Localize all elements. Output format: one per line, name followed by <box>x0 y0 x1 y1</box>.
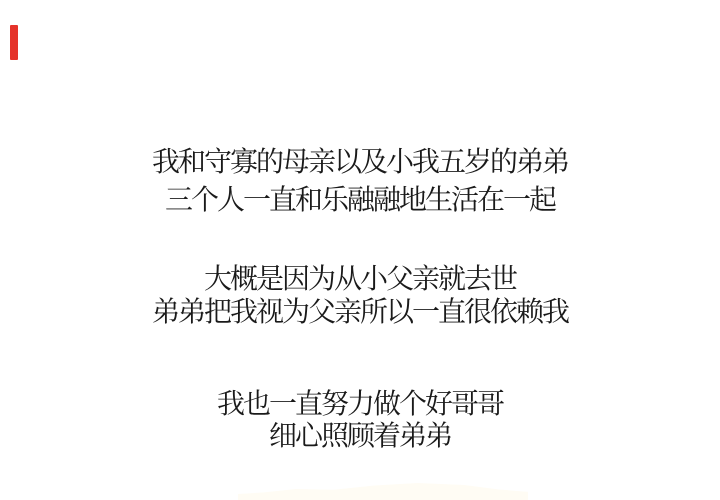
narration-line: 我和守寡的母亲以及小我五岁的弟弟 <box>0 143 720 181</box>
narration-block: 我和守寡的母亲以及小我五岁的弟弟 三个人一直和乐融融地生活在一起 <box>0 143 720 219</box>
bookmark-ribbon-icon <box>10 25 18 60</box>
narration-block: 我也一直努力做个好哥哥 细心照顾着弟弟 <box>0 388 720 452</box>
narration-block: 大概是因为从小父亲就去世 弟弟把我视为父亲所以一直很依赖我 <box>0 262 720 328</box>
narration-line: 细心照顾着弟弟 <box>0 420 720 452</box>
next-panel-top-edge <box>238 483 528 500</box>
narration-line: 弟弟把我视为父亲所以一直很依赖我 <box>0 295 720 328</box>
narration-line: 三个人一直和乐融融地生活在一起 <box>0 181 720 219</box>
narration-line: 大概是因为从小父亲就去世 <box>0 262 720 295</box>
narration-line: 我也一直努力做个好哥哥 <box>0 388 720 420</box>
comic-page: 我和守寡的母亲以及小我五岁的弟弟 三个人一直和乐融融地生活在一起 大概是因为从小… <box>0 0 720 500</box>
